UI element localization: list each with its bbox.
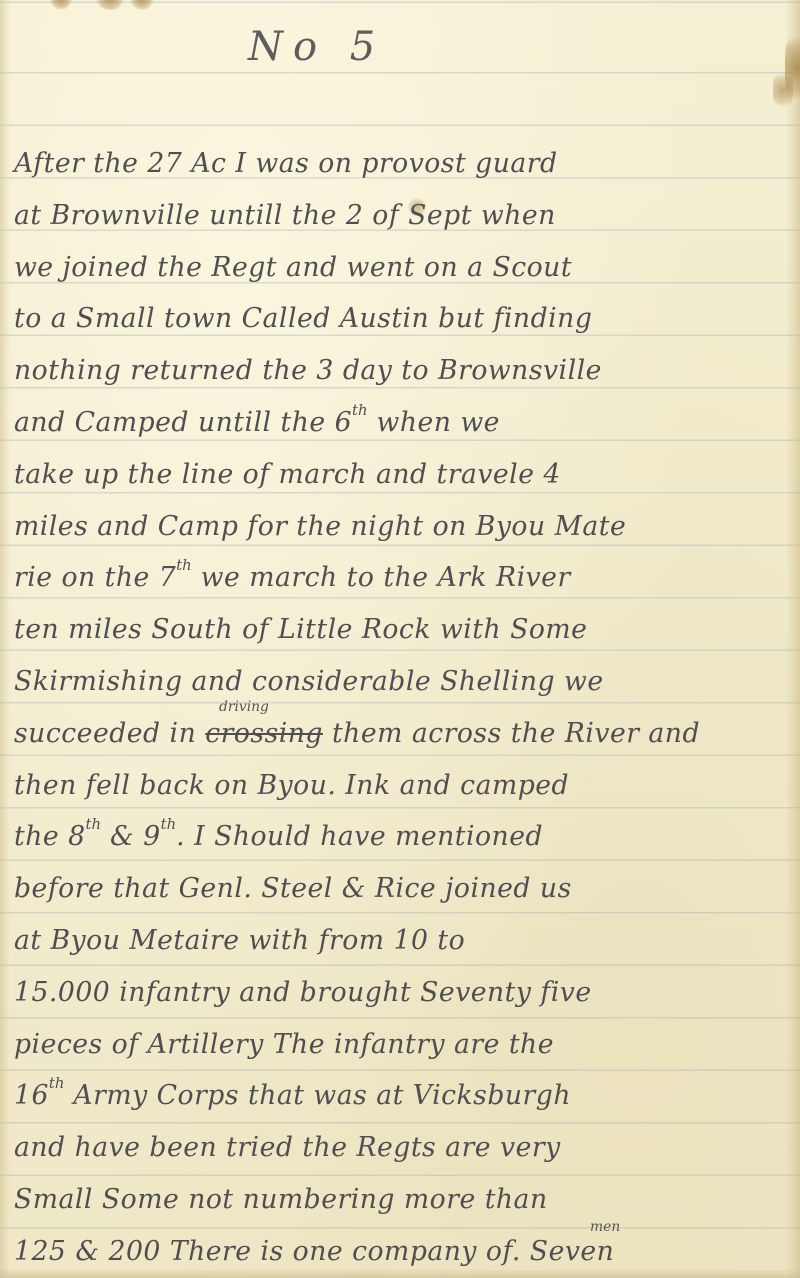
text-line: and Camped untill the 6th when we xyxy=(14,397,784,449)
text-line: at Byou Metaire with from 10 to xyxy=(14,915,784,967)
line-text: succeeded in xyxy=(14,718,205,749)
text-line: we joined the Regt and went on a Scout xyxy=(14,242,784,294)
line-text: 16 xyxy=(14,1080,49,1111)
water-stain xyxy=(773,70,793,110)
manuscript-page: No 5 After the 27 Ac I was on provost gu… xyxy=(0,0,800,1278)
text-line: After the 27 Ac I was on provost guard xyxy=(14,138,784,190)
text-line: succeeded in drivingcrossing them across… xyxy=(14,708,784,760)
superscript: th xyxy=(161,815,177,833)
text-line: miles and Camp for the night on Byou Mat… xyxy=(14,501,784,553)
text-line: ten miles South of Little Rock with Some xyxy=(14,604,784,656)
page-number-heading: No 5 xyxy=(248,24,385,70)
text-line: the 8th & 9th. I Should have mentioned xyxy=(14,811,784,863)
inserted-word: driving xyxy=(219,700,269,714)
superscript: th xyxy=(49,1074,65,1092)
text-line: Small Some not numbering more than xyxy=(14,1174,784,1226)
ink-stain xyxy=(130,0,154,10)
text-line: 16th Army Corps that was at Vicksburgh xyxy=(14,1070,784,1122)
line-text: and Camped untill the 6 xyxy=(14,407,352,438)
text-line: 15.000 infantry and brought Seventy five xyxy=(14,967,784,1019)
text-line: 125 & 200 There is one company of. Seven… xyxy=(14,1226,784,1278)
text-line: then fell back on Byou. Ink and camped xyxy=(14,760,784,812)
line-text: the 8 xyxy=(14,821,86,852)
line-text: them across the River and xyxy=(323,718,700,749)
text-line: take up the line of march and travele 4 xyxy=(14,449,784,501)
line-text: nothing returned the 3 day to Brownsvill… xyxy=(14,355,602,386)
text-line: before that Genl. Steel & Rice joined us xyxy=(14,863,784,915)
text-line: rie on the 7th we march to the Ark River xyxy=(14,552,784,604)
text-line: nothing returned the 3 day to Brownsvill… xyxy=(14,345,784,397)
left-edge-stain xyxy=(0,0,10,1278)
ink-stain xyxy=(95,0,125,10)
text-line: at Brownville untill the 2 of Sept when xyxy=(14,190,784,242)
ink-stain xyxy=(50,0,72,10)
superscript: th xyxy=(176,556,192,574)
text-line: to a Small town Called Austin but findin… xyxy=(14,293,784,345)
manuscript-text: After the 27 Ac I was on provost guard a… xyxy=(14,138,794,1278)
line-text: & 9 xyxy=(101,821,161,852)
text-line: Skirmishing and considerable Shelling we xyxy=(14,656,784,708)
line-text: when we xyxy=(368,407,500,438)
superscript: th xyxy=(86,815,102,833)
line-text: . I Should have mentioned xyxy=(176,821,543,852)
line-text: Army Corps that was at Vicksburgh xyxy=(64,1080,571,1111)
text-line: and have been tried the Regts are very xyxy=(14,1122,784,1174)
line-text: rie on the 7 xyxy=(14,562,176,593)
text-line: pieces of Artillery The infantry are the xyxy=(14,1019,784,1071)
line-text: we march to the Ark River xyxy=(192,562,571,593)
inserted-word: men xyxy=(590,1220,620,1234)
line-text: 125 & 200 There is one company of. Seven xyxy=(14,1236,614,1267)
struck-word: crossing xyxy=(205,718,323,749)
superscript: th xyxy=(352,401,368,419)
